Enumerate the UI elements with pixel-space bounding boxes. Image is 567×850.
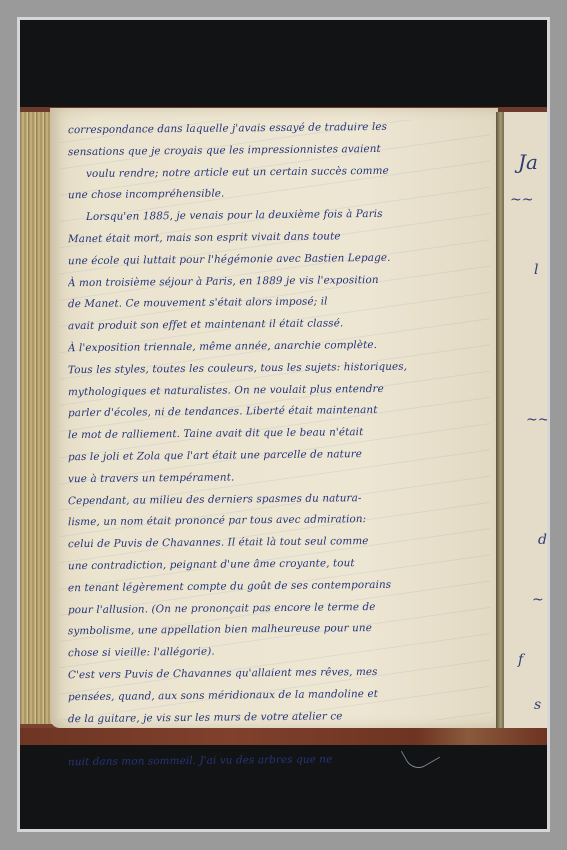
- right-page-fragment: l: [534, 262, 538, 278]
- right-page-fragment: ~~: [526, 412, 547, 428]
- right-page-fragment: Ja: [518, 150, 538, 174]
- book-binding-edge: [20, 728, 547, 745]
- right-page-fragment: ~~: [510, 192, 533, 208]
- right-page-fragment: f: [518, 652, 523, 668]
- manuscript-photograph: Ja ~~ l ~~ d ~ f s correspondance dans l…: [20, 20, 547, 829]
- right-page-fragment: d: [538, 532, 547, 548]
- right-page-fragment: s: [534, 697, 541, 713]
- handwritten-text: correspondance dans laquelle j'avais ess…: [68, 118, 486, 772]
- right-page-fragment: ~: [532, 592, 544, 608]
- image-frame: Ja ~~ l ~~ d ~ f s correspondance dans l…: [17, 17, 550, 832]
- right-page: Ja ~~ l ~~ d ~ f s: [504, 112, 547, 728]
